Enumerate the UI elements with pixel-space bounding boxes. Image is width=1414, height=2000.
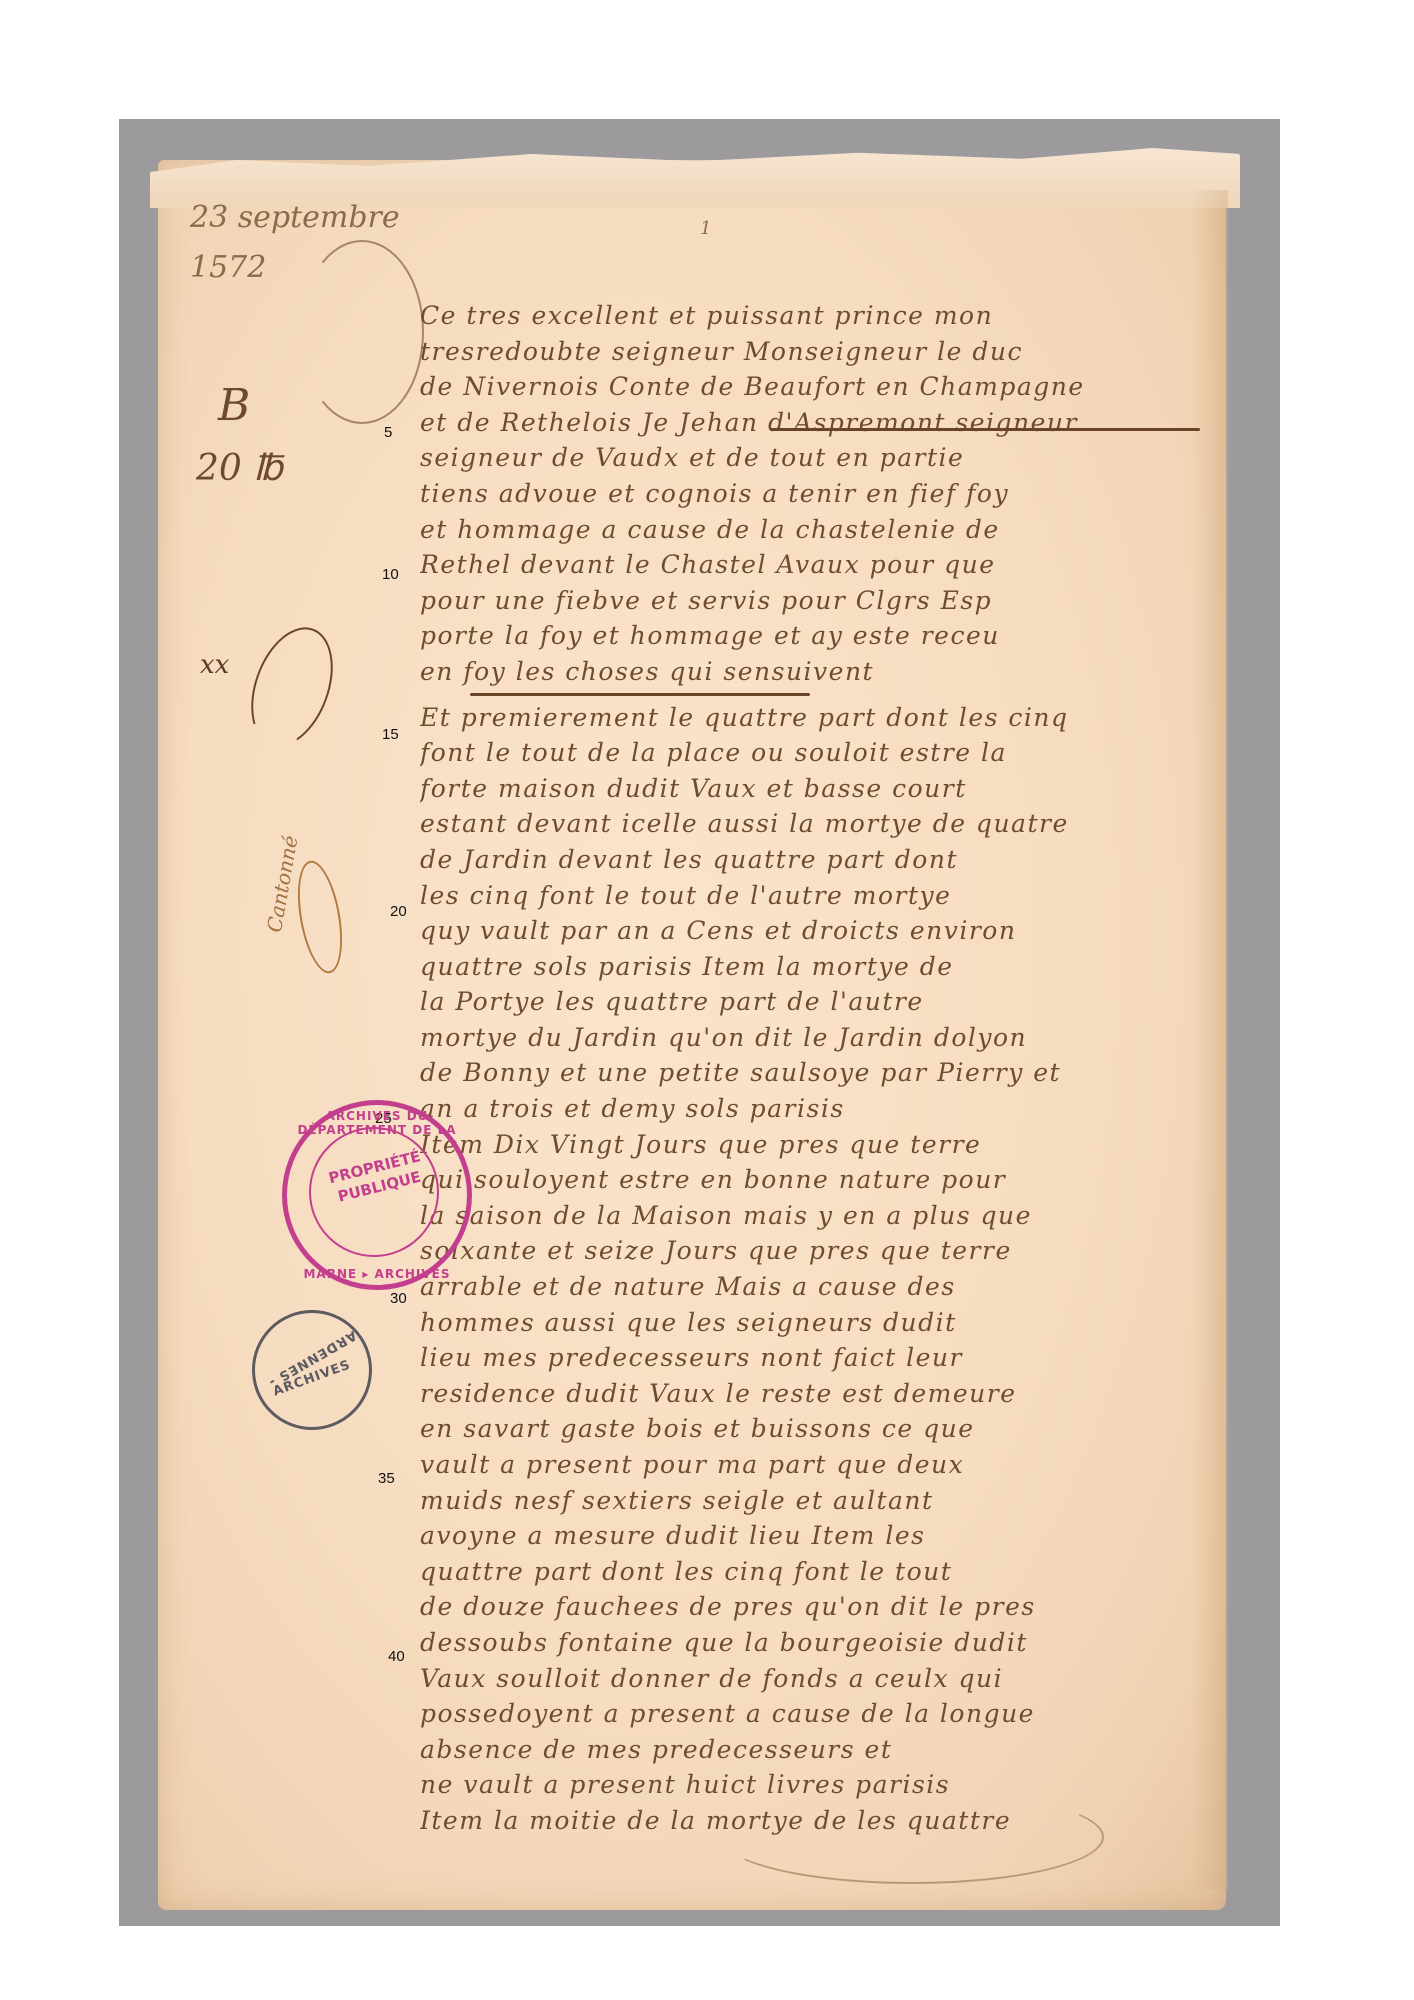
line-number-15: 15	[382, 726, 399, 743]
manuscript-line: de Jardin devant les quattre part dont	[420, 842, 1200, 878]
manuscript-line: vault a present pour ma part que deux	[420, 1447, 1200, 1483]
folio-mark: 1	[700, 218, 711, 239]
manuscript-line: font le tout de la place ou souloit estr…	[420, 735, 1200, 771]
manuscript-line: porte la foy et hommage et ay este receu	[420, 618, 1200, 654]
manuscript-line: Et premierement le quattre part dont les…	[420, 700, 1200, 736]
section-underline	[470, 693, 810, 696]
stamp-ring-text-bottom: MARNE ▸ ARCHIVES	[287, 1267, 467, 1281]
manuscript-line: estant devant icelle aussi la mortye de …	[420, 806, 1200, 842]
manuscript-line: absence de mes predecesseurs et	[420, 1732, 1200, 1768]
manuscript-line: Vaux soulloit donner de fonds a ceulx qu…	[420, 1661, 1200, 1697]
manuscript-line: mortye du Jardin qu'on dit le Jardin dol…	[420, 1020, 1200, 1056]
manuscript-line: la saison de la Maison mais y en a plus …	[420, 1198, 1200, 1234]
line-number-20: 20	[390, 903, 407, 920]
manuscript-line: seigneur de Vaudx et de tout en partie	[420, 440, 1200, 476]
manuscript-line: de Bonny et une petite saulsoye par Pier…	[420, 1055, 1200, 1091]
manuscript-line: lieu mes predecesseurs nont faict leur	[420, 1340, 1200, 1376]
manuscript-line: les cinq font le tout de l'autre mortye	[420, 878, 1200, 914]
manuscript-line: dessoubs fontaine que la bourgeoisie dud…	[420, 1625, 1200, 1661]
manuscript-line: hommes aussi que les seigneurs dudit	[420, 1305, 1200, 1341]
margin-mark-b: B	[218, 380, 250, 431]
line-number-5: 5	[384, 424, 392, 441]
manuscript-line: possedoyent a present a cause de la long…	[420, 1696, 1200, 1732]
margin-mark-20-livres: 20 ℔	[196, 448, 283, 489]
margin-date-day: 23 septembre	[190, 200, 400, 235]
manuscript-line: et de Rethelois Je Jehan d'Aspremont sei…	[420, 405, 1200, 441]
line-number-10: 10	[382, 566, 399, 583]
stamp-archives-marne: ARCHIVES DU DÉPARTEMENT DE LA PROPRIÉTÉ …	[282, 1100, 472, 1290]
manuscript-line: quattre part dont les cinq font le tout	[420, 1554, 1200, 1590]
manuscript-line: arrable et de nature Mais a cause des	[420, 1269, 1200, 1305]
manuscript-line: en foy les choses qui sensuivent	[420, 654, 1200, 690]
manuscript-line: tiens advoue et cognois a tenir en fief …	[420, 476, 1200, 512]
manuscript-line: qui souloyent estre en bonne nature pour	[420, 1162, 1200, 1198]
line-number-35: 35	[378, 1470, 395, 1487]
manuscript-line: quy vault par an a Cens et droicts envir…	[420, 913, 1200, 949]
manuscript-line: et hommage a cause de la chastelenie de	[420, 512, 1200, 548]
margin-date-year: 1572	[190, 250, 266, 285]
stamp-archives-ardennes: ARDENNES - ARCHIVES	[252, 1310, 372, 1430]
manuscript-line: soixante et seize Jours que pres que ter…	[420, 1233, 1200, 1269]
manuscript-line: de douze fauchees de pres qu'on dit le p…	[420, 1589, 1200, 1625]
manuscript-line: an a trois et demy sols parisis	[420, 1091, 1200, 1127]
capital-c-flourish	[300, 240, 424, 424]
closing-flourish	[720, 1790, 1104, 1884]
manuscript-line: Ce tres excellent et puissant prince mon	[420, 298, 1200, 334]
stamp-ring-text-top: ARCHIVES DU DÉPARTEMENT DE LA	[287, 1109, 467, 1137]
line-number-40: 40	[388, 1648, 405, 1665]
manuscript-line: Item Dix Vingt Jours que pres que terre	[420, 1127, 1200, 1163]
manuscript-line: Rethel devant le Chastel Avaux pour que	[420, 547, 1200, 583]
manuscript-line: en savart gaste bois et buissons ce que	[420, 1411, 1200, 1447]
manuscript-line: muids nesf sextiers seigle et aultant	[420, 1483, 1200, 1519]
manuscript-body: Ce tres excellent et puissant prince mon…	[420, 298, 1200, 1839]
manuscript-line: tresredoubte seigneur Monseigneur le duc	[420, 334, 1200, 370]
manuscript-line: quattre sols parisis Item la mortye de	[420, 949, 1200, 985]
manuscript-line: forte maison dudit Vaux et basse court	[420, 771, 1200, 807]
manuscript-line: pour une fiebve et servis pour Clgrs Esp	[420, 583, 1200, 619]
manuscript-line: avoyne a mesure dudit lieu Item les	[420, 1518, 1200, 1554]
line-number-30: 30	[390, 1290, 407, 1307]
name-underline	[770, 428, 1200, 431]
manuscript-line: la Portye les quattre part de l'autre	[420, 984, 1200, 1020]
manuscript-line: residence dudit Vaux le reste est demeur…	[420, 1376, 1200, 1412]
margin-mark-xx: xx	[200, 650, 229, 680]
manuscript-line: de Nivernois Conte de Beaufort en Champa…	[420, 369, 1200, 405]
